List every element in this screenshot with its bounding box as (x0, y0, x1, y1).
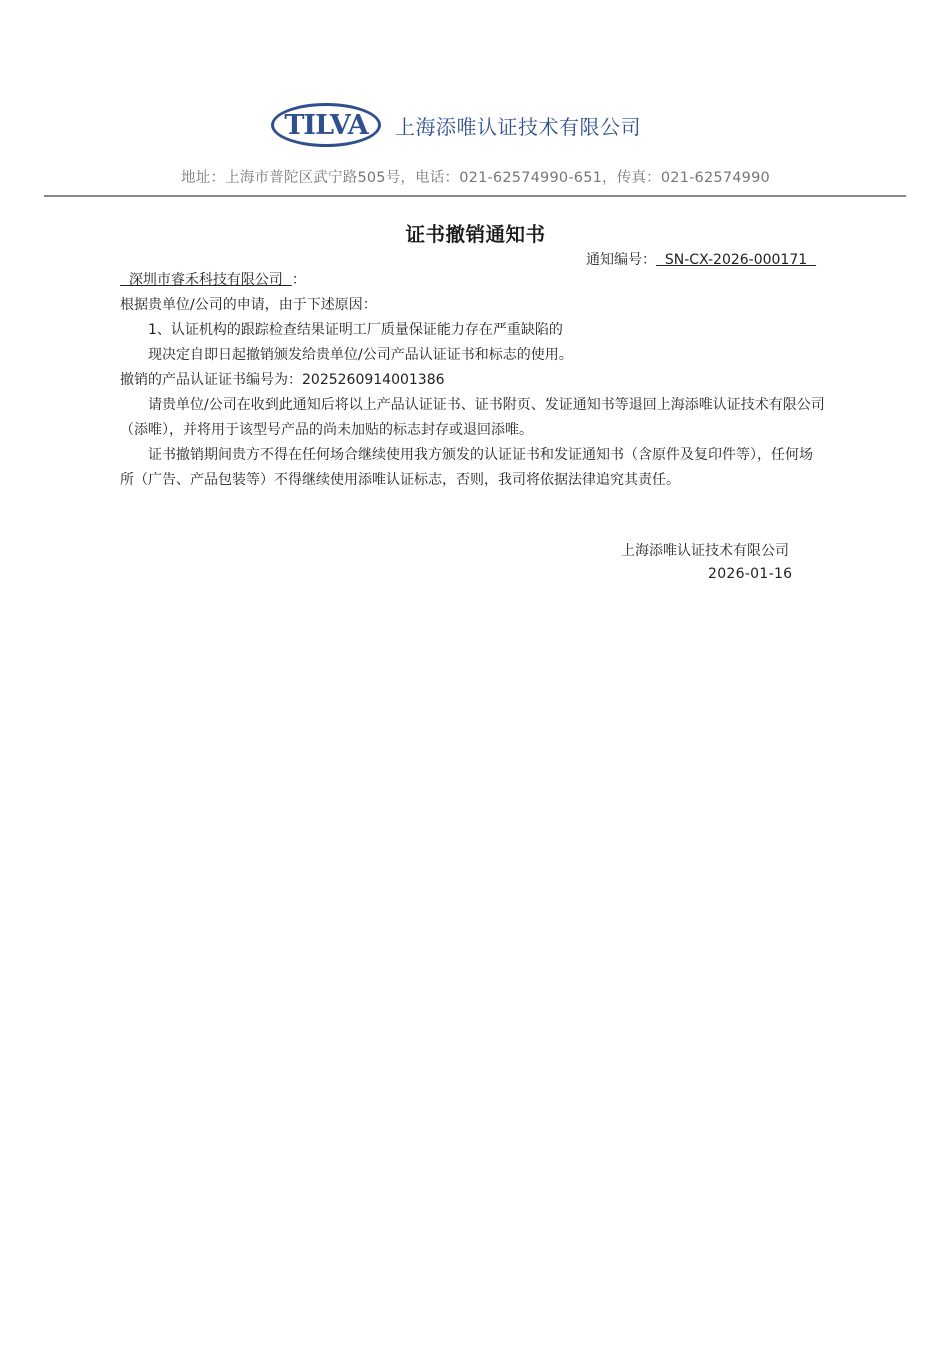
document-title: 证书撤销通知书 (0, 219, 951, 247)
notice-number-value: SN-CX-2026-000171 (656, 252, 816, 268)
paragraph-reason: 1、认证机构的跟踪检查结果证明工厂质量保证能力存在严重缺陷的 (120, 318, 825, 343)
signature-date: 2026-01-16 (708, 566, 792, 582)
letterhead-company-name: 上海添唯认证技术有限公司 (395, 111, 641, 140)
paragraph-legal-warning: 证书撤销期间贵方不得在任何场合继续使用我方颁发的认证证书和发证通知书（含原件及复… (120, 443, 825, 493)
addressee: 深圳市睿禾科技有限公司 ： (120, 268, 825, 293)
signature-company: 上海添唯认证技术有限公司 (621, 540, 789, 560)
addressee-name: 深圳市睿禾科技有限公司 (120, 272, 292, 288)
letterhead: TILVA 上海添唯认证技术有限公司 (271, 101, 641, 149)
paragraph-intro: 根据贵单位/公司的申请，由于下述原因： (120, 293, 825, 318)
notice-number: 通知编号： SN-CX-2026-000171 (586, 249, 816, 269)
tilva-logo: TILVA (271, 103, 381, 147)
paragraph-certificate-number: 撤销的产品认证证书编号为：2025260914001386 (120, 368, 825, 393)
header-divider (44, 195, 906, 197)
paragraph-decision: 现决定自即日起撤销颁发给贵单位/公司产品认证证书和标志的使用。 (120, 343, 825, 368)
letterhead-address: 地址：上海市普陀区武宁路505号，电话：021-62574990-651，传真：… (0, 166, 951, 187)
paragraph-return-instructions: 请贵单位/公司在收到此通知后将以上产品认证证书、证书附页、发证通知书等退回上海添… (120, 393, 825, 443)
document-body: 深圳市睿禾科技有限公司 ： 根据贵单位/公司的申请，由于下述原因： 1、认证机构… (120, 268, 825, 493)
addressee-suffix: ： (292, 272, 306, 288)
notice-number-label: 通知编号： (586, 252, 656, 268)
